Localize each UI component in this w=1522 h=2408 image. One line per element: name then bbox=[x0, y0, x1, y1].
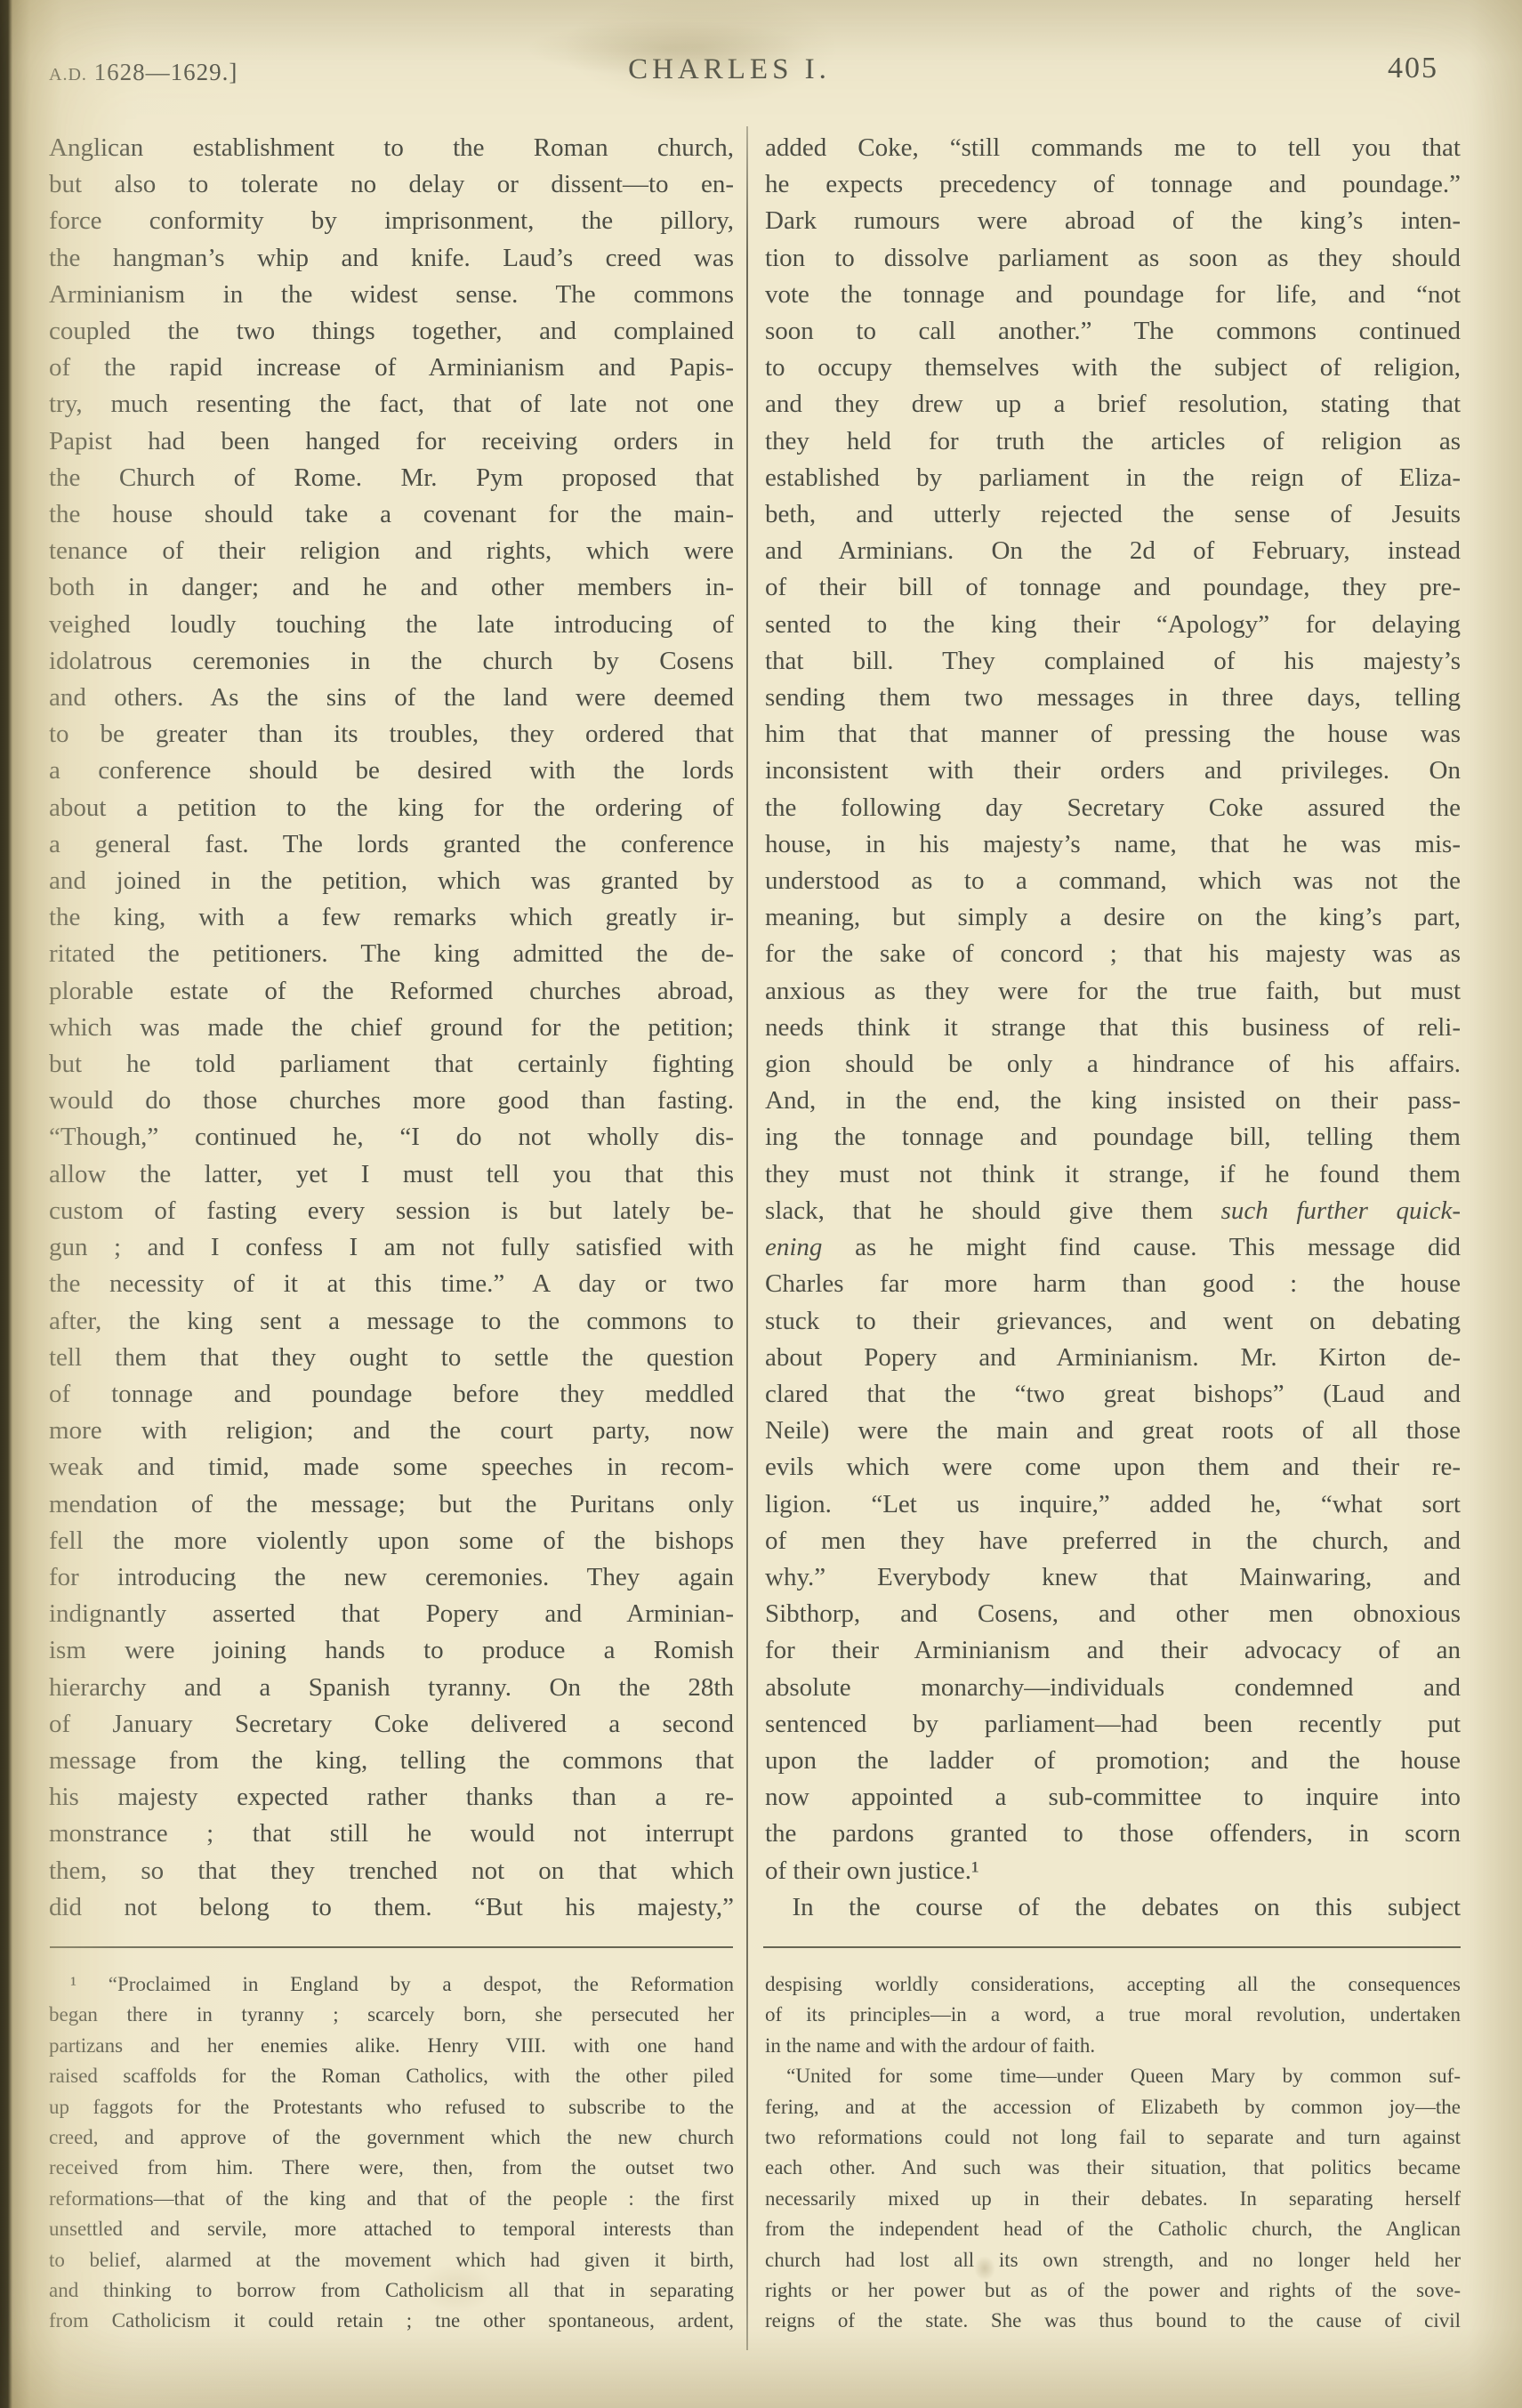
text-line: added Coke, “still commands me to tell y… bbox=[765, 130, 1461, 166]
text-line: fell the more violently upon some of the… bbox=[49, 1523, 734, 1559]
body-left-column: Anglican establishment to the Roman chur… bbox=[49, 130, 734, 1926]
text-line: after, the king sent a message to the co… bbox=[49, 1303, 734, 1340]
header-chapter-title: CHARLES I. bbox=[0, 53, 1459, 86]
text-line: monstrance ; that still he would not int… bbox=[49, 1816, 734, 1852]
text-line: indignantly asserted that Popery and Arm… bbox=[49, 1596, 734, 1632]
text-line: of the rapid increase of Arminianism and… bbox=[49, 350, 734, 386]
text-line: try, much resenting the fact, that of la… bbox=[49, 386, 734, 423]
text-line: raised scaffolds for the Roman Catholics… bbox=[49, 2061, 734, 2091]
text-line: established by parliament in the reign o… bbox=[765, 460, 1461, 496]
text-line: despising worldly considerations, accept… bbox=[765, 1969, 1461, 2000]
text-line: and Arminians. On the 2d of February, in… bbox=[765, 533, 1461, 569]
text-line: allow the latter, yet I must tell you th… bbox=[49, 1156, 734, 1193]
text-line: upon the ladder of promotion; and the ho… bbox=[765, 1743, 1461, 1779]
text-line: gion should be only a hindrance of his a… bbox=[765, 1046, 1461, 1083]
text-line: And, in the end, the king insisted on th… bbox=[765, 1083, 1461, 1119]
text-line: Sibthorp, and Cosens, and other men obno… bbox=[765, 1596, 1461, 1632]
text-line: gun ; and I confess I am not fully satis… bbox=[49, 1229, 734, 1266]
text-line: weak and timid, made some speeches in re… bbox=[49, 1449, 734, 1486]
footnote-left-column: ¹ “Proclaimed in England by a despot, th… bbox=[49, 1969, 734, 2337]
text-line: ening as he might find cause. This messa… bbox=[765, 1229, 1461, 1266]
text-line: from Catholicism it could retain ; tne o… bbox=[49, 2306, 734, 2336]
text-line: more with religion; and the court party,… bbox=[49, 1413, 734, 1449]
text-line: Arminianism in the widest sense. The com… bbox=[49, 277, 734, 313]
text-line: needs think it strange that this busines… bbox=[765, 1010, 1461, 1046]
text-line: evils which were come upon them and thei… bbox=[765, 1449, 1461, 1486]
text-line: of January Secretary Coke delivered a se… bbox=[49, 1706, 734, 1743]
footnote-rule-right bbox=[763, 1946, 1461, 1948]
text-line: tell them that they ought to settle the … bbox=[49, 1340, 734, 1376]
text-line: of their bill of tonnage and poundage, t… bbox=[765, 569, 1461, 606]
text-line: plorable estate of the Reformed churches… bbox=[49, 973, 734, 1010]
text-line: to occupy themselves with the subject of… bbox=[765, 350, 1461, 386]
text-line: and thinking to borrow from Catholicism … bbox=[49, 2275, 734, 2306]
text-line: his majesty expected rather thanks than … bbox=[49, 1779, 734, 1816]
text-line: for the sake of concord ; that his majes… bbox=[765, 936, 1461, 972]
text-line: from the independent head of the Catholi… bbox=[765, 2214, 1461, 2244]
text-line: for their Arminianism and their advocacy… bbox=[765, 1632, 1461, 1669]
body-right-column: added Coke, “still commands me to tell y… bbox=[765, 130, 1461, 1926]
text-line: message from the king, telling the commo… bbox=[49, 1743, 734, 1779]
page-number: 405 bbox=[1388, 52, 1438, 85]
text-line: the necessity of it at this time.” A day… bbox=[49, 1266, 734, 1302]
text-line: Papist had been hanged for receiving ord… bbox=[49, 423, 734, 460]
text-line: stuck to their grievances, and went on d… bbox=[765, 1303, 1461, 1340]
text-line: Dark rumours were abroad of the king’s i… bbox=[765, 203, 1461, 239]
text-line: of their own justice.¹ bbox=[765, 1853, 1461, 1889]
text-line: but also to tolerate no delay or dissent… bbox=[49, 166, 734, 203]
text-line: sentenced by parliament—had been recentl… bbox=[765, 1706, 1461, 1743]
text-line: creed, and approve of the government whi… bbox=[49, 2122, 734, 2153]
text-line: meaning, but simply a desire on the king… bbox=[765, 899, 1461, 936]
text-line: about a petition to the king for the ord… bbox=[49, 790, 734, 826]
text-line: coupled the two things together, and com… bbox=[49, 313, 734, 350]
text-line: but he told parliament that certainly fi… bbox=[49, 1046, 734, 1083]
text-line: did not belong to them. “But his majesty… bbox=[49, 1889, 734, 1926]
text-line: sending them two messages in three days,… bbox=[765, 680, 1461, 716]
text-line: of tonnage and poundage before they medd… bbox=[49, 1376, 734, 1413]
text-line: a general fast. The lords granted the co… bbox=[49, 826, 734, 863]
text-line: tenance of their religion and rights, wh… bbox=[49, 533, 734, 569]
text-line: the following day Secretary Coke assured… bbox=[765, 790, 1461, 826]
text-line: clared that the “two great bishops” (Lau… bbox=[765, 1376, 1461, 1413]
text-line: now appointed a sub-committee to inquire… bbox=[765, 1779, 1461, 1816]
text-line: slack, that he should give them such fur… bbox=[765, 1193, 1461, 1229]
footnote-rule-left bbox=[50, 1946, 733, 1948]
text-line: both in danger; and he and other members… bbox=[49, 569, 734, 606]
text-line: why.” Everybody knew that Mainwaring, an… bbox=[765, 1559, 1461, 1596]
text-line: up faggots for the Protestants who refus… bbox=[49, 2092, 734, 2122]
text-line: In the course of the debates on this sub… bbox=[765, 1889, 1461, 1926]
text-line: in the name and with the ardour of faith… bbox=[765, 2031, 1461, 2061]
book-page: A.D. 1628—1629.] CHARLES I. 405 Anglican… bbox=[0, 0, 1522, 2408]
text-line: partizans and her enemies alike. Henry V… bbox=[49, 2031, 734, 2061]
text-line: necessarily mixed up in their debates. I… bbox=[765, 2184, 1461, 2214]
text-line: two reformations could not long fail to … bbox=[765, 2122, 1461, 2153]
text-line: for introducing the new ceremonies. They… bbox=[49, 1559, 734, 1596]
text-line: ritated the petitioners. The king admitt… bbox=[49, 936, 734, 972]
text-line: custom of fasting every session is but l… bbox=[49, 1193, 734, 1229]
text-line: anxious as they were for the true faith,… bbox=[765, 973, 1461, 1010]
text-line: and they drew up a brief resolution, sta… bbox=[765, 386, 1461, 423]
text-line: force conformity by imprisonment, the pi… bbox=[49, 203, 734, 239]
text-line: about Popery and Arminianism. Mr. Kirton… bbox=[765, 1340, 1461, 1376]
text-line: and others. As the sins of the land were… bbox=[49, 680, 734, 716]
text-line: to be greater than its troubles, they or… bbox=[49, 716, 734, 753]
text-line: ¹ “Proclaimed in England by a despot, th… bbox=[49, 1969, 734, 2000]
text-line: a conference should be desired with the … bbox=[49, 753, 734, 789]
text-line: house, in his majesty’s name, that he wa… bbox=[765, 826, 1461, 863]
text-line: the pardons granted to those offenders, … bbox=[765, 1816, 1461, 1852]
text-line: the house should take a covenant for the… bbox=[49, 496, 734, 533]
text-line: the king, with a few remarks which great… bbox=[49, 899, 734, 936]
text-line: they held for truth the articles of reli… bbox=[765, 423, 1461, 460]
text-line: understood as to a command, which was no… bbox=[765, 863, 1461, 899]
text-line: veighed loudly touching the late introdu… bbox=[49, 607, 734, 643]
text-line: Neile) were the main and great roots of … bbox=[765, 1413, 1461, 1449]
text-line: the hangman’s whip and knife. Laud’s cre… bbox=[49, 240, 734, 277]
text-line: mendation of the message; but the Purita… bbox=[49, 1486, 734, 1523]
text-line: fering, and at the accession of Elizabet… bbox=[765, 2092, 1461, 2122]
text-line: him that that manner of pressing the hou… bbox=[765, 716, 1461, 753]
text-line: ism were joining hands to produce a Romi… bbox=[49, 1632, 734, 1669]
text-line: “United for some time—under Queen Mary b… bbox=[765, 2061, 1461, 2091]
text-line: beth, and utterly rejected the sense of … bbox=[765, 496, 1461, 533]
text-line: reigns of the state. She was thus bound … bbox=[765, 2306, 1461, 2336]
text-line: inconsistent with their orders and privi… bbox=[765, 753, 1461, 789]
text-line: began there in tyranny ; scarcely born, … bbox=[49, 2000, 734, 2030]
text-line: of men they have preferred in the church… bbox=[765, 1523, 1461, 1559]
text-line: Anglican establishment to the Roman chur… bbox=[49, 130, 734, 166]
text-line: reformations—that of the king and that o… bbox=[49, 2184, 734, 2214]
text-line: hierarchy and a Spanish tyranny. On the … bbox=[49, 1670, 734, 1706]
text-line: unsettled and servile, more attached to … bbox=[49, 2214, 734, 2244]
text-line: Charles far more harm than good : the ho… bbox=[765, 1266, 1461, 1302]
text-line: which was made the chief ground for the … bbox=[49, 1010, 734, 1046]
column-divider-rule bbox=[746, 126, 748, 2350]
text-line: absolute monarchy—individuals condemned … bbox=[765, 1670, 1461, 1706]
text-line: and joined in the petition, which was gr… bbox=[49, 863, 734, 899]
text-line: church had lost all its own strength, an… bbox=[765, 2245, 1461, 2275]
text-line: would do those churches more good than f… bbox=[49, 1083, 734, 1119]
text-line: idolatrous ceremonies in the church by C… bbox=[49, 643, 734, 680]
running-header: A.D. 1628—1629.] CHARLES I. 405 bbox=[0, 52, 1522, 93]
text-line: that bill. They complained of his majest… bbox=[765, 643, 1461, 680]
text-line: they must not think it strange, if he fo… bbox=[765, 1156, 1461, 1193]
footnote-right-column: despising worldly considerations, accept… bbox=[765, 1969, 1461, 2337]
text-line: of its principles—in a word, a true mora… bbox=[765, 2000, 1461, 2030]
text-line: to belief, alarmed at the movement which… bbox=[49, 2245, 734, 2275]
text-line: each other. And such was their situation… bbox=[765, 2153, 1461, 2183]
text-line: ligion. “Let us inquire,” added he, “wha… bbox=[765, 1486, 1461, 1523]
text-line: rights or her power but as of the power … bbox=[765, 2275, 1461, 2306]
text-line: sented to the king their “Apology” for d… bbox=[765, 607, 1461, 643]
text-line: “Though,” continued he, “I do not wholly… bbox=[49, 1119, 734, 1156]
text-line: soon to call another.” The commons conti… bbox=[765, 313, 1461, 350]
text-line: ing the tonnage and poundage bill, telli… bbox=[765, 1119, 1461, 1156]
text-line: tion to dissolve parliament as soon as t… bbox=[765, 240, 1461, 277]
text-line: them, so that they trenched not on that … bbox=[49, 1853, 734, 1889]
text-line: vote the tonnage and poundage for life, … bbox=[765, 277, 1461, 313]
text-line: received from him. There were, then, fro… bbox=[49, 2153, 734, 2183]
text-line: the Church of Rome. Mr. Pym proposed tha… bbox=[49, 460, 734, 496]
text-line: he expects precedency of tonnage and pou… bbox=[765, 166, 1461, 203]
